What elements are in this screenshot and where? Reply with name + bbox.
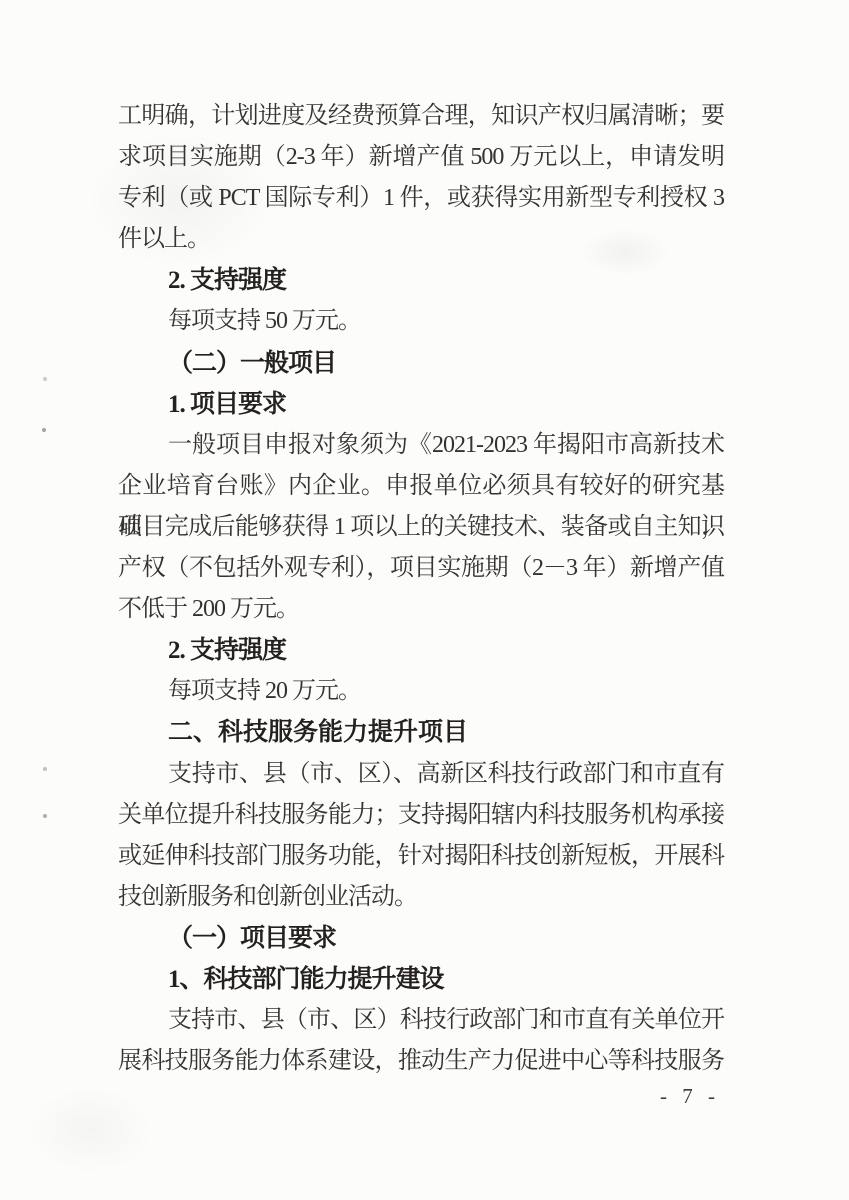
body-text-line: 专利（或 PCT 国际专利）1 件，或获得实用新型专利授权 3	[118, 178, 724, 219]
body-text-line: 展科技服务能力体系建设，推动生产力促进中心等科技服务	[118, 1041, 724, 1082]
sub-heading: 2. 支持强度	[118, 260, 724, 301]
section-heading: 二、科技服务能力提升项目	[118, 712, 724, 753]
body-text-line: 件以上。	[118, 219, 724, 260]
body-text-line: 技创新服务和创新创业活动。	[118, 877, 724, 918]
scan-speck	[43, 377, 47, 381]
body-text-line: 关单位提升科技服务能力；支持揭阳辖内科技服务机构承接	[118, 795, 724, 836]
page-number: - 7 -	[660, 1084, 720, 1109]
sub-heading: 1、科技部门能力提升建设	[118, 959, 724, 1000]
body-text-line: 一般项目申报对象须为《2021-2023 年揭阳市高新技术	[118, 425, 724, 466]
body-text-line: 支持市、县（市、区）、高新区科技行政部门和市直有	[118, 754, 724, 795]
body-text-line: 不低于 200 万元。	[118, 589, 724, 630]
body-text-line: 每项支持 50 万元。	[118, 301, 724, 342]
sub-heading: 2. 支持强度	[118, 630, 724, 671]
scan-smudge	[25, 1085, 155, 1175]
scan-speck	[42, 428, 46, 432]
body-text-line: 项目完成后能够获得 1 项以上的关键技术、装备或自主知识	[118, 507, 724, 548]
body-text-line: 产权（不包括外观专利），项目实施期（2－3 年）新增产值	[118, 548, 724, 589]
body-text-line: 求项目实施期（2-3 年）新增产值 500 万元以上，申请发明	[118, 137, 724, 178]
scan-speck	[43, 814, 47, 818]
body-text-line: 企业培育台账》内企业。申报单位必须具有较好的研究基础，	[118, 466, 724, 507]
sub-heading: （一）项目要求	[118, 918, 724, 959]
body-text-line: 或延伸科技部门服务功能，针对揭阳科技创新短板，开展科	[118, 836, 724, 877]
sub-heading: （二）一般项目	[118, 343, 724, 384]
scan-speck	[43, 767, 47, 771]
sub-heading: 1. 项目要求	[118, 384, 724, 425]
body-text-line: 每项支持 20 万元。	[118, 671, 724, 712]
document-text-body: 工明确，计划进度及经费预算合理，知识产权归属清晰；要求项目实施期（2-3 年）新…	[118, 96, 724, 1082]
body-text-line: 工明确，计划进度及经费预算合理，知识产权归属清晰；要	[118, 96, 724, 137]
body-text-line: 支持市、县（市、区）科技行政部门和市直有关单位开	[118, 1000, 724, 1041]
scanned-document-page: 工明确，计划进度及经费预算合理，知识产权归属清晰；要求项目实施期（2-3 年）新…	[0, 0, 849, 1200]
